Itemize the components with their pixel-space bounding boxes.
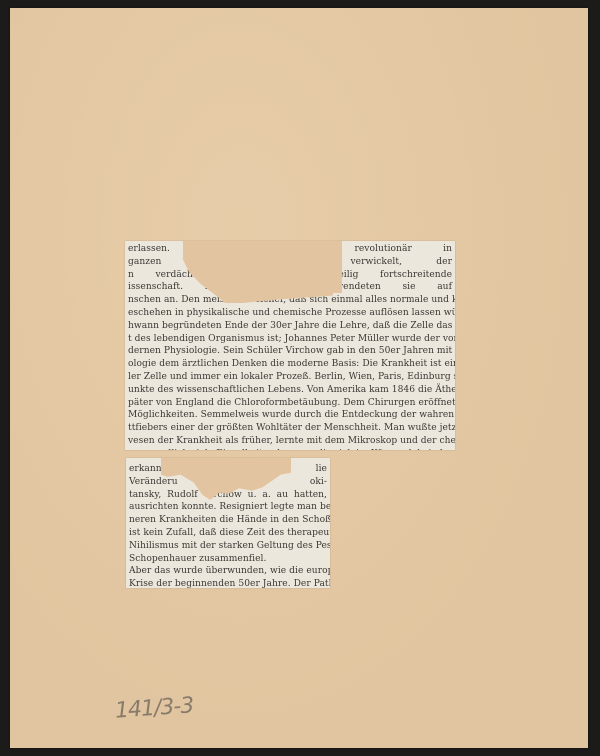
text-line: ologie dem ärztlichen Denken die moderne… bbox=[125, 358, 455, 371]
text-line: ist kein Zufall, daß diese Zeit des ther… bbox=[126, 527, 330, 540]
text-line: vesen der Krankheit als früher, lernte m… bbox=[125, 435, 455, 448]
text-line: hwann begründeten Ende der 30er Jahre di… bbox=[125, 320, 455, 333]
text-line: neren Krankheiten die Hände in den Schoß… bbox=[126, 514, 330, 527]
text-line: on unendlich viele Einzelheiten kennen, … bbox=[125, 448, 455, 450]
handwritten-archive-number: 141/3-3 bbox=[114, 693, 194, 723]
text-line: Möglichkeiten. Semmelweis wurde durch di… bbox=[125, 409, 455, 422]
text-line: ler Zelle und immer ein lokaler Prozeß. … bbox=[125, 371, 455, 384]
text-line: eschehen in physikalische und chemische … bbox=[125, 307, 455, 320]
archival-paper-sheet: erlassen. E unge Leute, revolutionär in … bbox=[10, 8, 588, 748]
text-line: Aber das wurde überwunden, wie die europ… bbox=[126, 565, 330, 578]
text-line: unkte des wissenschaftlichen Lebens. Von… bbox=[125, 384, 455, 397]
text-line: Krise der beginnenden 50er Jahre. Der Pa… bbox=[126, 578, 330, 588]
text-line: dernen Physiologie. Sein Schüler Virchow… bbox=[125, 345, 455, 358]
torn-area bbox=[276, 458, 290, 472]
torn-area bbox=[330, 241, 342, 293]
text-line: Schopenhauer zusammenfiel. bbox=[126, 553, 330, 566]
newspaper-clipping-1: erlassen. E unge Leute, revolutionär in … bbox=[125, 241, 455, 450]
newspaper-clipping-2: erkannte lie Veränderu oki- tansky, Rudo… bbox=[126, 458, 330, 588]
text-line: päter von England die Chloroformbetäubun… bbox=[125, 397, 455, 410]
text-line: t des lebendigen Organismus ist; Johanne… bbox=[125, 333, 455, 346]
text-line: ausrichten konnte. Resigniert legte man … bbox=[126, 501, 330, 514]
text-line: Nihilismus mit der starken Geltung des P… bbox=[126, 540, 330, 553]
text-line: ttfiebers einer der größten Wohltäter de… bbox=[125, 422, 455, 435]
